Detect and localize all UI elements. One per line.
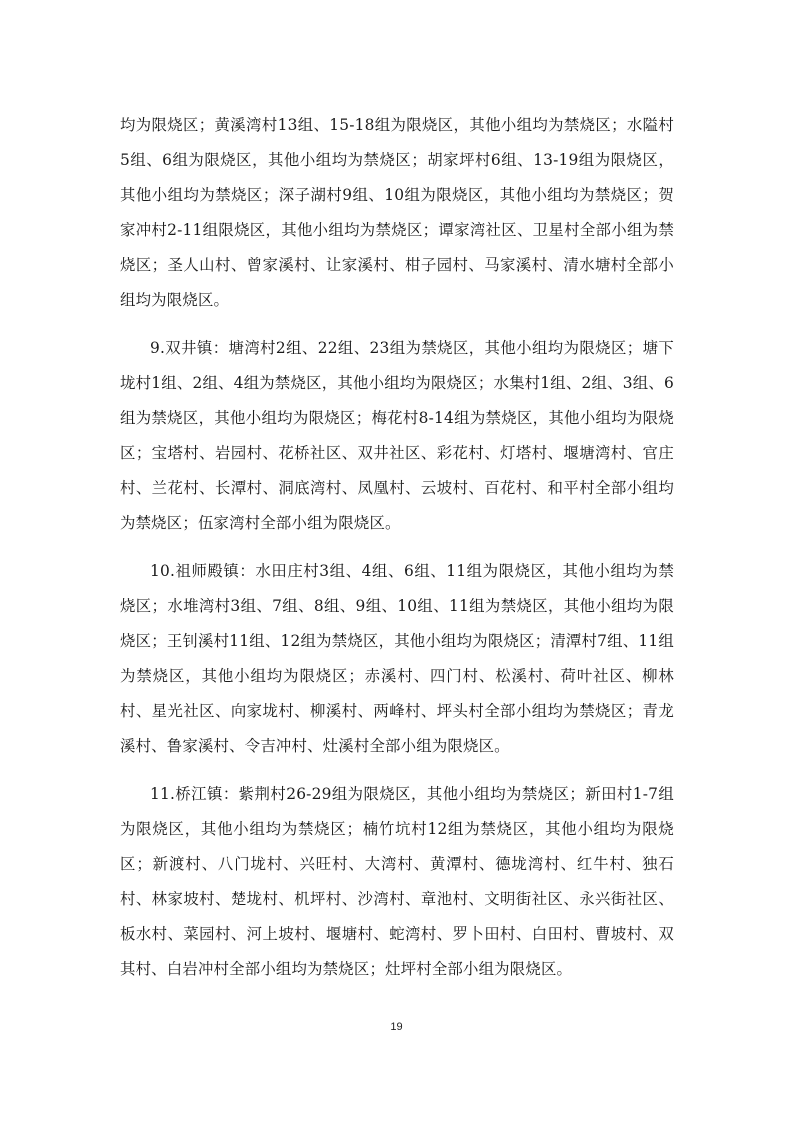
paragraph-shuangjing-town: 9.双井镇：塘湾村2组、22组、23组为禁烧区，其他小组均为限烧区；塘下垅村1组…	[120, 331, 674, 541]
document-body: 均为限烧区；黄溪湾村13组、15-18组为限烧区，其他小组均为禁烧区；水隘村5组…	[120, 108, 674, 987]
paragraph-qiaojiang-town: 11.桥江镇：紫荆村26-29组为限烧区，其他小组均为禁烧区；新田村1-7组为限…	[120, 777, 674, 987]
paragraph-continuation: 均为限烧区；黄溪湾村13组、15-18组为限烧区，其他小组均为禁烧区；水隘村5组…	[120, 108, 674, 318]
paragraph-zushidian-town: 10.祖师殿镇：水田庄村3组、4组、6组、11组为限烧区，其他小组均为禁烧区；水…	[120, 554, 674, 764]
page-number: 19	[0, 1021, 793, 1033]
